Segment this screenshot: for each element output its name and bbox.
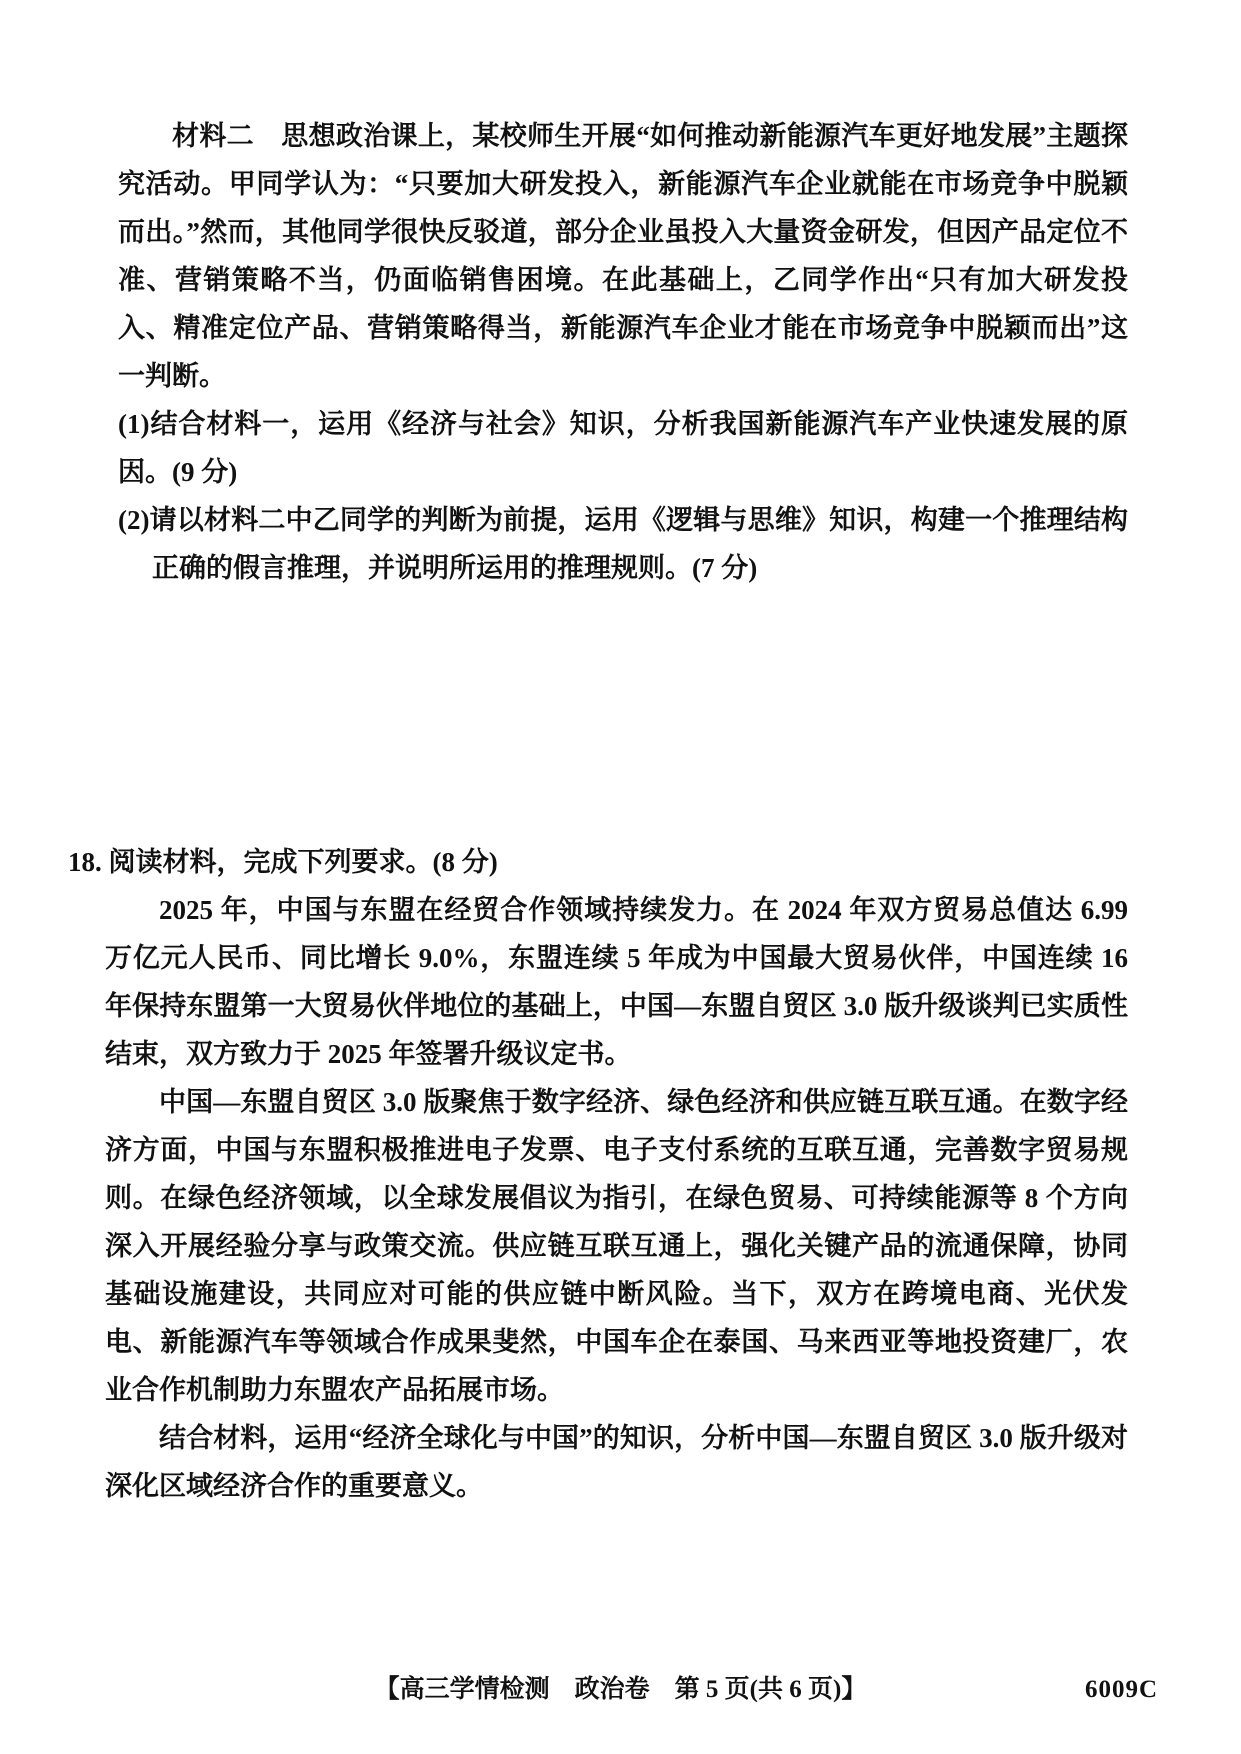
question-18-paragraph-1: 2025 年，中国与东盟在经贸合作领域持续发力。在 2024 年双方贸易总值达 … xyxy=(105,886,1128,1078)
question-17-subquestion-2: (2)请以材料二中乙同学的判断为前提，运用《逻辑与思维》知识，构建一个推理结构正… xyxy=(118,496,1128,592)
question-18-stem: 阅读材料，完成下列要求。(8 分) xyxy=(109,847,498,877)
question-18-task: 结合材料，运用“经济全球化与中国”的知识，分析中国—东盟自贸区 3.0 版升级对… xyxy=(105,1414,1128,1510)
question-17-material-2: 材料二 思想政治课上，某校师生开展“如何推动新能源汽车更好地发展”主题探究活动。… xyxy=(118,112,1128,400)
question-17-subquestion-1: (1)结合材料一，运用《经济与社会》知识，分析我国新能源汽车产业快速发展的原因。… xyxy=(118,400,1128,496)
question-18-body: 2025 年，中国与东盟在经贸合作领域持续发力。在 2024 年双方贸易总值达 … xyxy=(105,886,1128,1510)
footer-title-page-number: 【高三学情检测 政治卷 第 5 页(共 6 页)】 xyxy=(0,1670,1241,1710)
exam-page: 材料二 思想政治课上，某校师生开展“如何推动新能源汽车更好地发展”主题探究活动。… xyxy=(0,0,1241,1754)
question-18-number: 18. xyxy=(68,847,102,877)
question-18-block: 18. 阅读材料，完成下列要求。(8 分) 2025 年，中国与东盟在经贸合作领… xyxy=(68,838,1128,1510)
footer-paper-code: 6009C xyxy=(1085,1670,1158,1710)
question-18-paragraph-2: 中国—东盟自贸区 3.0 版聚焦于数字经济、绿色经济和供应链互联互通。在数字经济… xyxy=(105,1078,1128,1414)
question-17-block: 材料二 思想政治课上，某校师生开展“如何推动新能源汽车更好地发展”主题探究活动。… xyxy=(118,112,1128,592)
page-footer: 【高三学情检测 政治卷 第 5 页(共 6 页)】 6009C xyxy=(0,1670,1241,1710)
question-18-heading: 18. 阅读材料，完成下列要求。(8 分) xyxy=(68,838,1128,886)
